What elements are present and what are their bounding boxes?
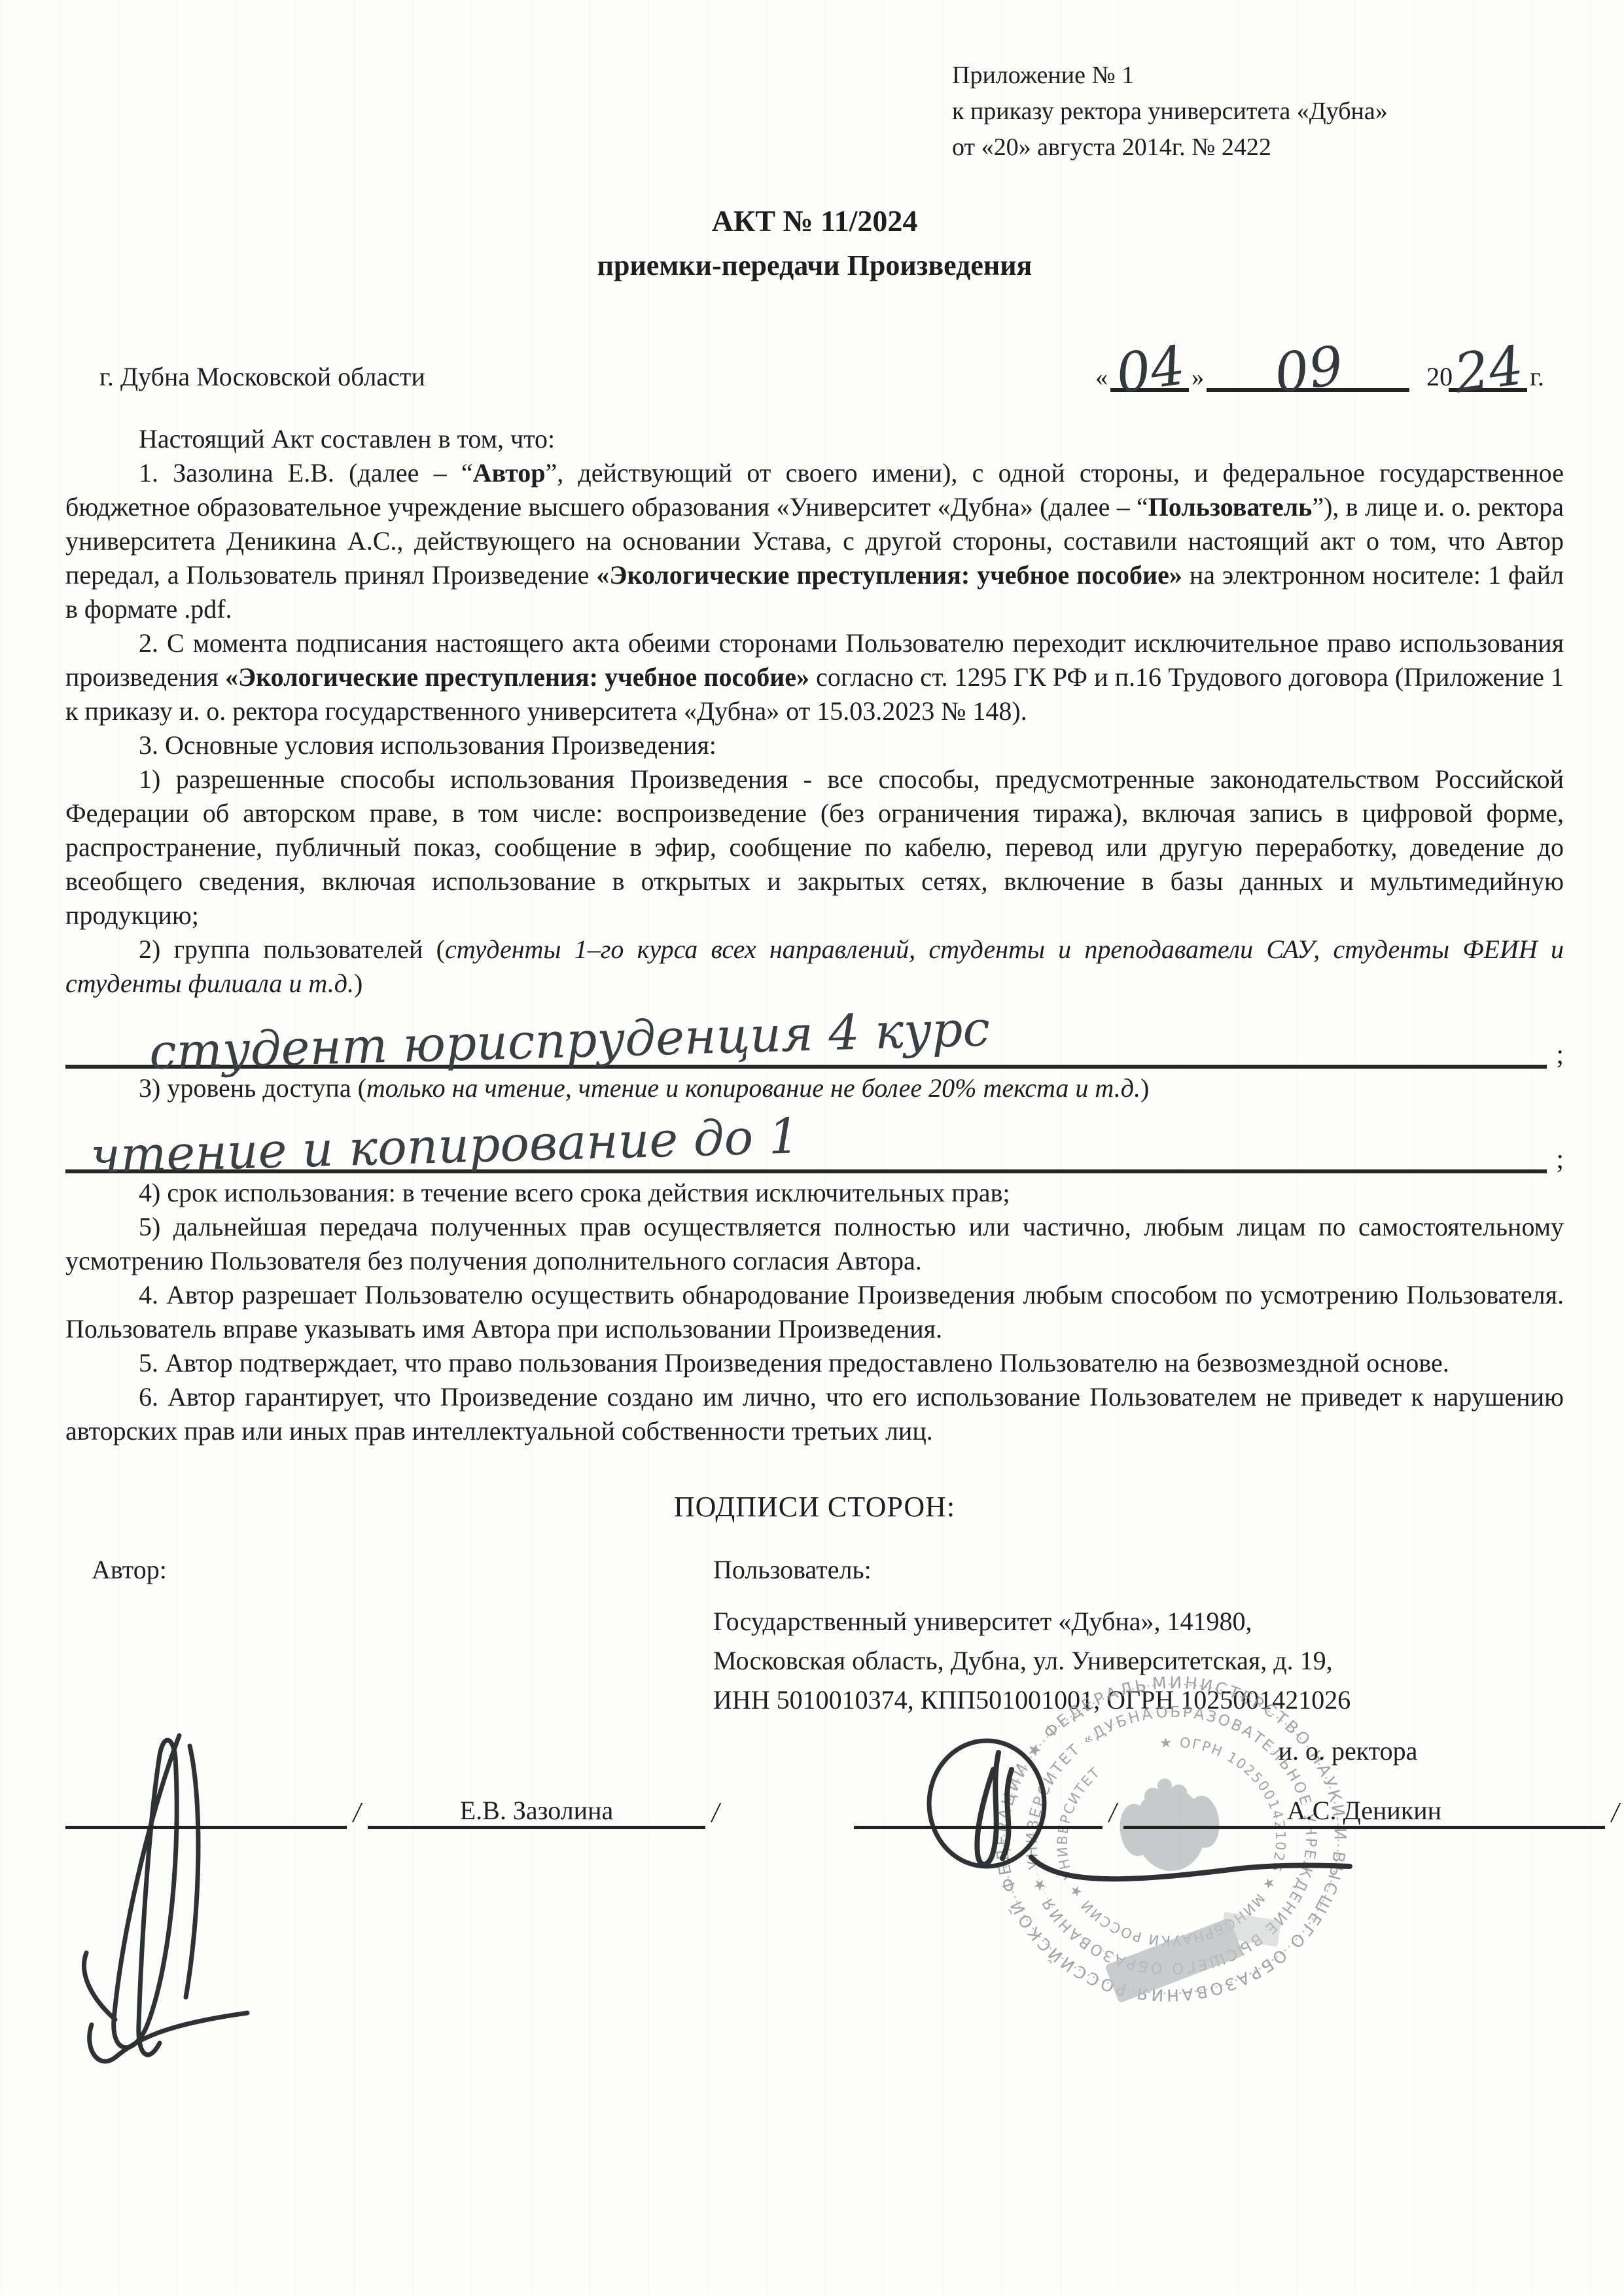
handwritten-month: 09: [1272, 342, 1347, 399]
author-name: Е.В. Зазолина: [368, 1789, 705, 1829]
paragraph-4: 4. Автор разрешает Пользователю осуществ…: [65, 1278, 1564, 1346]
rector-signature-underline: [854, 1789, 1103, 1829]
work-title: «Экологические преступления: учебное пос…: [596, 560, 1182, 590]
paragraph-6: 6. Автор гарантирует, что Произведение с…: [65, 1380, 1564, 1448]
condition-item-4: 4) срок использования: в течение всего с…: [65, 1176, 1564, 1210]
rector-position-title: и. о. ректора: [1224, 1735, 1472, 1766]
rector-name: А.С. Деникин: [1123, 1789, 1605, 1829]
quote-open: «: [1093, 363, 1110, 392]
handwritten-user-group: студент юриспруденция 4 курс: [65, 1006, 990, 1078]
slash-mark: /: [1100, 1796, 1125, 1829]
access-level-fill-row: чтение и копирование до 1 ;: [65, 1107, 1564, 1173]
user-address-line-1: Государственный университет «Дубна», 141…: [713, 1602, 1564, 1641]
appendix-line-3: от «20» августа 2014г. № 2422: [952, 130, 1564, 166]
appendix-header: Приложение № 1 к приказу ректора универс…: [952, 58, 1564, 166]
slash-mark: /: [703, 1796, 728, 1829]
semicolon: ;: [1556, 1041, 1564, 1069]
text-run: 2) группа пользователей (: [139, 934, 445, 964]
author-term: Автор: [473, 458, 546, 488]
condition-item-5: 5) дальнейшая передача полученных прав о…: [65, 1210, 1564, 1278]
slash-mark: /: [1602, 1796, 1624, 1829]
appendix-line-2: к приказу ректора университета «Дубна»: [952, 94, 1564, 130]
handwritten-year: 24: [1452, 342, 1527, 399]
text-run: ): [1140, 1073, 1149, 1103]
user-group-blank-line: студент юриспруденция 4 курс: [65, 1002, 1547, 1069]
signatures-heading: ПОДПИСИ СТОРОН:: [65, 1490, 1564, 1523]
year-suffix: г.: [1530, 361, 1544, 392]
slash-mark: /: [344, 1796, 370, 1829]
paragraph-2: 2. С момента подписания настоящего акта …: [65, 626, 1564, 728]
intro-paragraph: Настоящий Акт составлен в том, что:: [65, 422, 1564, 456]
place-and-date-line: г. Дубна Московской области « 04 » 09 20…: [65, 340, 1564, 392]
access-level-hint: только на чтение, чтение и копирование н…: [366, 1073, 1140, 1103]
author-signature: [51, 1717, 260, 2084]
access-level-blank-line: чтение и копирование до 1: [65, 1107, 1547, 1173]
document-content: Приложение № 1 к приказу ректора универс…: [0, 0, 1624, 2093]
day-underline: 04: [1110, 340, 1189, 392]
appendix-line-1: Приложение № 1: [952, 58, 1564, 94]
act-subtitle: приемки-передачи Произведения: [65, 249, 1564, 282]
user-group-fill-row: студент юриспруденция 4 курс ;: [65, 1002, 1564, 1069]
paragraph-3: 3. Основные условия использования Произв…: [65, 728, 1564, 762]
text-run: ): [354, 969, 362, 998]
paragraph-1: 1. Зазолина Е.В. (далее – “Автор”, дейст…: [65, 456, 1564, 626]
handwritten-access-level: чтение и копирование до 1: [65, 1113, 800, 1180]
condition-item-2: 2) группа пользователей (студенты 1–го к…: [65, 933, 1564, 1001]
quote-close: »: [1189, 363, 1207, 392]
document-title: АКТ № 11/2024 приемки-передачи Произведе…: [65, 204, 1564, 282]
user-label: Пользователь:: [713, 1552, 1564, 1588]
author-label: Автор:: [65, 1552, 713, 1720]
user-address-line-2: Московская область, Дубна, ул. Университ…: [713, 1641, 1564, 1681]
rector-signature-line: / А.С. Деникин /: [854, 1789, 1624, 1829]
handwritten-day: 04: [1114, 342, 1188, 399]
city-label: г. Дубна Московской области: [99, 361, 425, 392]
scanned-act-document: Приложение № 1 к приказу ректора универс…: [0, 0, 1624, 2295]
text-run: 1. Зазолина Е.В. (далее – “: [139, 458, 473, 488]
year-underline: 24: [1449, 340, 1527, 392]
condition-item-1: 1) разрешенные способы использования Про…: [65, 762, 1564, 933]
author-signature-line: / Е.В. Зазолина /: [65, 1789, 726, 1829]
work-title: «Экологические преступления: учебное пос…: [225, 662, 809, 692]
act-number-title: АКТ № 11/2024: [65, 204, 1564, 238]
month-underline: 09: [1207, 340, 1409, 392]
user-term: Пользователь: [1148, 492, 1313, 522]
paragraph-5: 5. Автор подтверждает, что право пользов…: [65, 1346, 1564, 1380]
author-signature-underline: [65, 1789, 347, 1829]
semicolon: ;: [1556, 1146, 1564, 1173]
signature-area: МИНИСТЕРСТВО НАУКИ И ВЫСШЕГО ОБРАЗОВАНИЯ…: [65, 1726, 1564, 2093]
date-group: « 04 » 09 20 24 г.: [1093, 340, 1544, 392]
